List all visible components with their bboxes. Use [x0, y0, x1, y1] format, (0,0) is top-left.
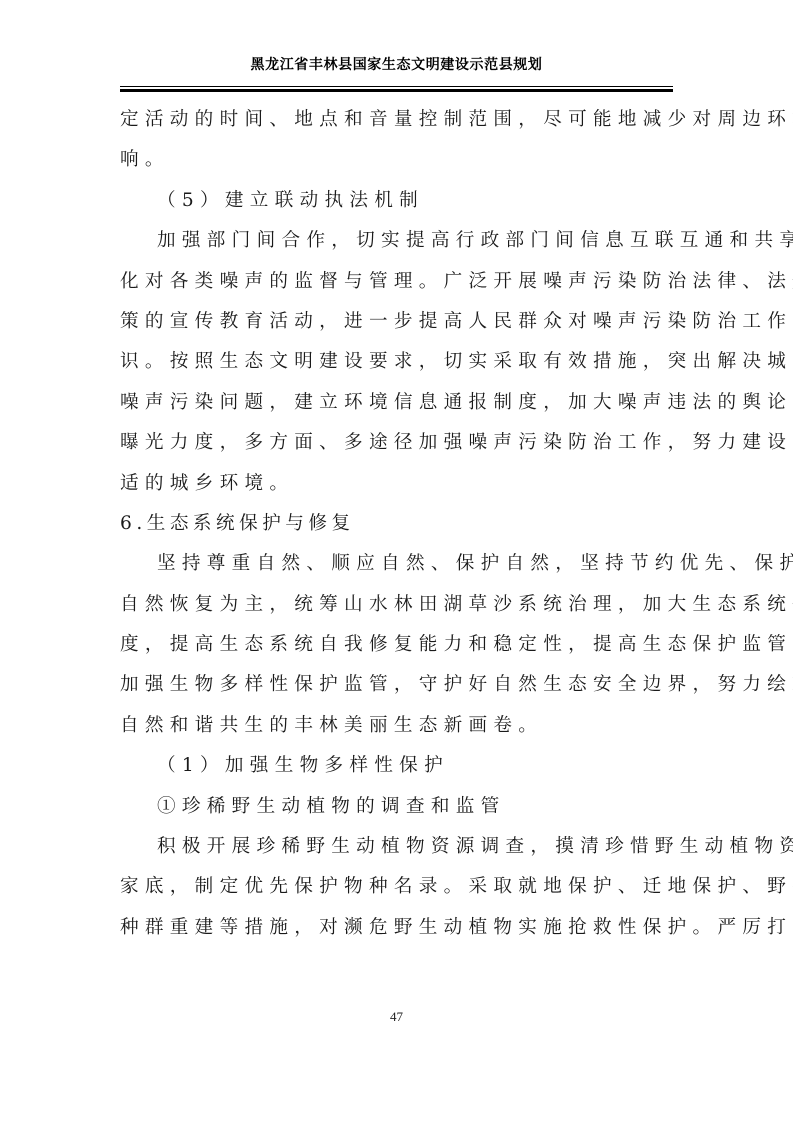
- text-line: 响。: [120, 140, 676, 180]
- text-line: 加强生物多样性保护监管，守护好自然生态安全边界，努力绘就人与: [120, 665, 676, 705]
- text-line: 适的城乡环境。: [120, 464, 676, 504]
- text-line: 度，提高生态系统自我修复能力和稳定性，提高生态保护监管能力，: [120, 625, 676, 665]
- document-body: 定活动的时间、地点和音量控制范围，尽可能地减少对周边环境的影 响。 （5）建立联…: [120, 100, 676, 948]
- text-line: 策的宣传教育活动，进一步提高人民群众对噪声污染防治工作的认: [120, 302, 676, 342]
- header-rule-thick: [120, 89, 673, 92]
- header-rule-thin: [120, 86, 673, 87]
- subsection-heading: （5）建立联动执法机制: [120, 181, 676, 221]
- text-line: 化对各类噪声的监督与管理。广泛开展噪声污染防治法律、法规和政: [120, 262, 676, 302]
- section-heading: 6.生态系统保护与修复: [120, 504, 676, 544]
- paragraph-first-line: 积极开展珍稀野生动植物资源调查，摸清珍惜野生动植物资源的: [120, 827, 676, 867]
- header-double-rule: [120, 86, 673, 92]
- subsection-heading: （1）加强生物多样性保护: [120, 746, 676, 786]
- text-line: 识。按照生态文明建设要求，切实采取有效措施，突出解决城乡环境: [120, 342, 676, 382]
- text-line: 曝光力度，多方面、多途径加强噪声污染防治工作，努力建设安静舒: [120, 423, 676, 463]
- sub-subsection-heading: ①珍稀野生动植物的调查和监管: [120, 787, 676, 827]
- text-line: 家底，制定优先保护物种名录。采取就地保护、迁地保护、野外回归、: [120, 867, 676, 907]
- text-line: 噪声污染问题，建立环境信息通报制度，加大噪声违法的舆论监督和: [120, 383, 676, 423]
- text-line: 种群重建等措施，对濒危野生动植物实施抢救性保护。严厉打击非法: [120, 908, 676, 948]
- paragraph-first-line: 坚持尊重自然、顺应自然、保护自然，坚持节约优先、保护优先、: [120, 544, 676, 584]
- text-line: 自然和谐共生的丰林美丽生态新画卷。: [120, 706, 676, 746]
- text-line: 定活动的时间、地点和音量控制范围，尽可能地减少对周边环境的影: [120, 100, 676, 140]
- paragraph-first-line: 加强部门间合作，切实提高行政部门间信息互联互通和共享，强: [120, 221, 676, 261]
- text-line: 自然恢复为主，统筹山水林田湖草沙系统治理，加大生态系统保护力: [120, 585, 676, 625]
- page-number: 47: [0, 1009, 793, 1025]
- running-header: 黑龙江省丰林县国家生态文明建设示范县规划: [120, 54, 673, 76]
